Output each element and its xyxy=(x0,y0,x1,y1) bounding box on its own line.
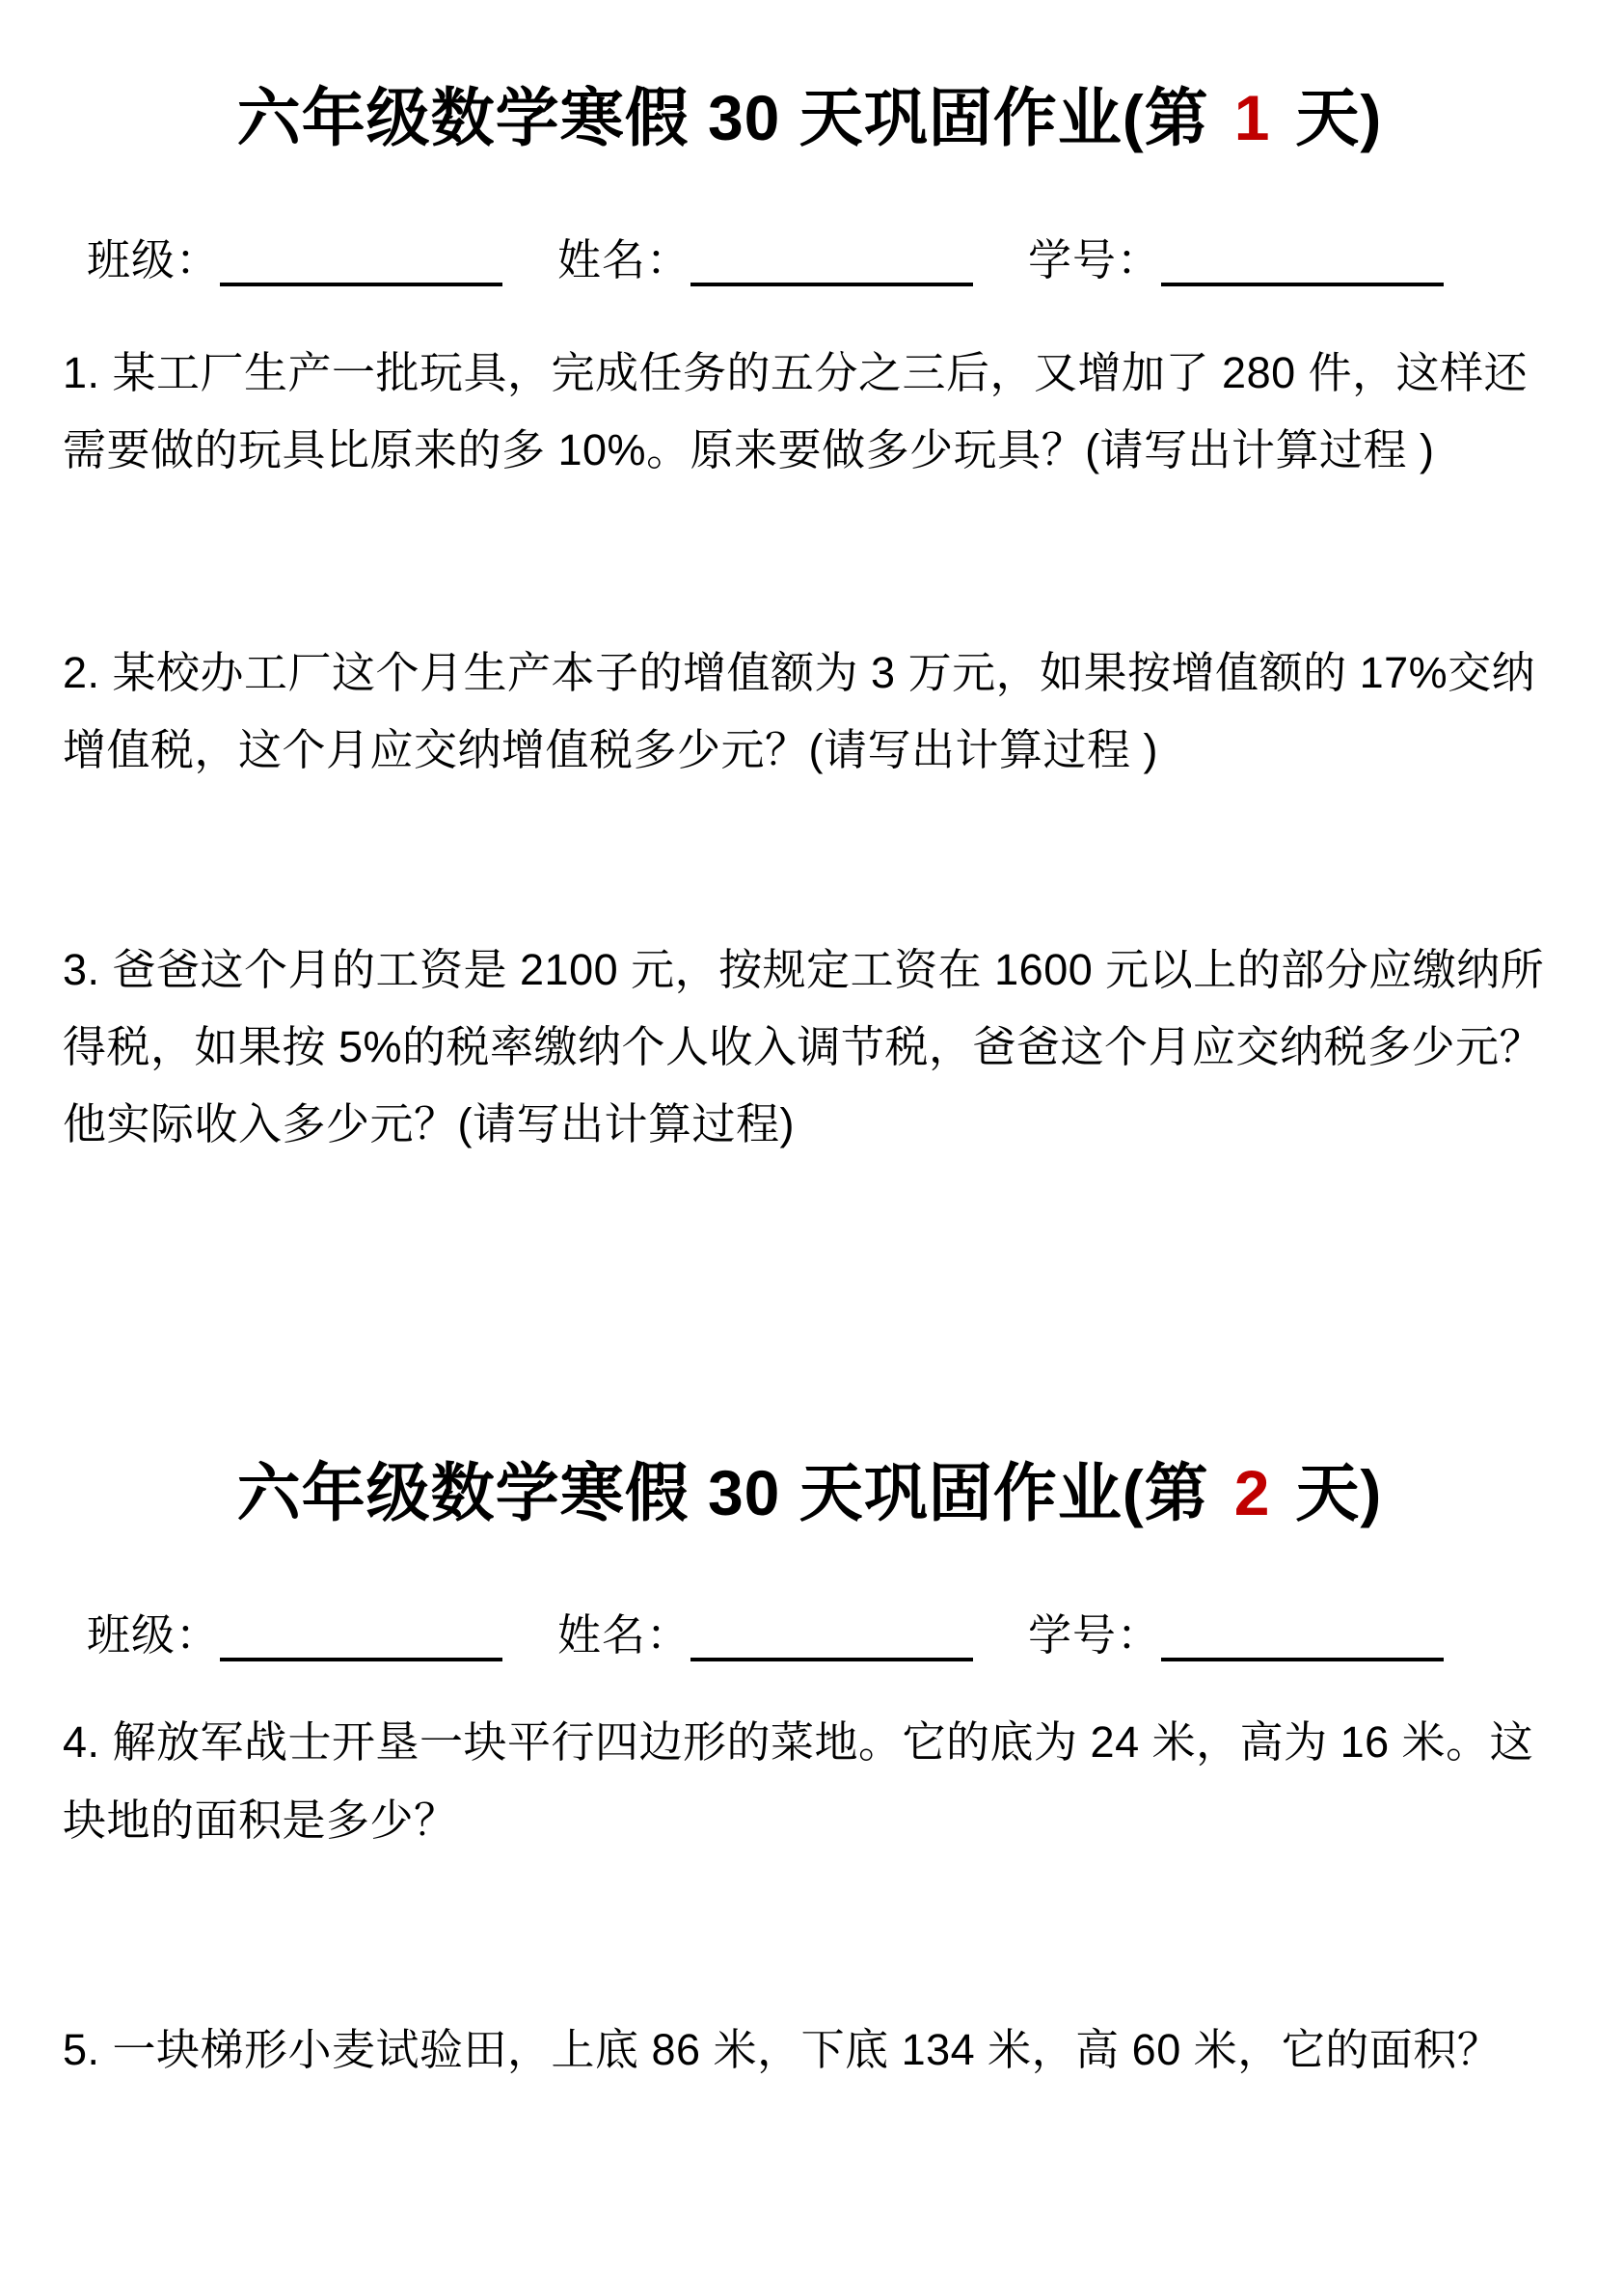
name-blank-line xyxy=(690,1614,973,1661)
title-suffix: 天) xyxy=(1295,82,1382,153)
class-label: 班级： xyxy=(87,1610,220,1660)
name-field: 姓名： xyxy=(557,1607,973,1664)
student-id-field: 学号： xyxy=(1028,232,1444,289)
question-4: 4. 解放军战士开垦一块平行四边形的菜地。它的底为 24 米，高为 16 米。这… xyxy=(63,1704,1556,1858)
question-2: 2. 某校办工厂这个月生产本子的增值额为 3 万元，如果按增值额的 17%交纳增… xyxy=(63,634,1556,789)
question-1: 1. 某工厂生产一批玩具，完成任务的五分之三后，又增加了 280 件，这样还需要… xyxy=(63,335,1556,489)
section-title-day-2: 六年级数学寒假 30 天巩固作业(第2天) xyxy=(63,1457,1556,1530)
title-prefix: 六年级数学寒假 30 天巩固作业(第 xyxy=(237,82,1209,153)
class-label: 班级： xyxy=(87,235,220,284)
student-id-blank-line xyxy=(1161,239,1444,286)
title-suffix: 天) xyxy=(1295,1457,1382,1528)
name-field: 姓名： xyxy=(557,232,973,289)
title-prefix: 六年级数学寒假 30 天巩固作业(第 xyxy=(237,1457,1209,1528)
section-title-day-1: 六年级数学寒假 30 天巩固作业(第1天) xyxy=(63,82,1556,155)
worksheet-day-1-section: 六年级数学寒假 30 天巩固作业(第1天) 班级： 姓名： 学号： 1. 某工厂… xyxy=(63,82,1556,1163)
name-label: 姓名： xyxy=(557,235,690,284)
class-field: 班级： xyxy=(87,232,502,289)
student-info-row: 班级： 姓名： 学号： xyxy=(63,232,1556,289)
class-field: 班级： xyxy=(87,1607,502,1664)
name-label: 姓名： xyxy=(557,1610,690,1660)
class-blank-line xyxy=(220,1614,502,1661)
name-blank-line xyxy=(690,239,973,286)
day-number: 1 xyxy=(1234,82,1271,153)
student-id-blank-line xyxy=(1161,1614,1444,1661)
student-id-label: 学号： xyxy=(1028,235,1161,284)
question-3: 3. 爸爸这个月的工资是 2100 元，按规定工资在 1600 元以上的部分应缴… xyxy=(63,931,1556,1163)
student-id-label: 学号： xyxy=(1028,1610,1161,1660)
student-id-field: 学号： xyxy=(1028,1607,1444,1664)
worksheet-page: 六年级数学寒假 30 天巩固作业(第1天) 班级： 姓名： 学号： 1. 某工厂… xyxy=(0,0,1624,2295)
day-number: 2 xyxy=(1234,1457,1271,1528)
class-blank-line xyxy=(220,239,502,286)
worksheet-day-2-section: 六年级数学寒假 30 天巩固作业(第2天) 班级： 姓名： 学号： 4. 解放军… xyxy=(63,1457,1556,2089)
question-5: 5. 一块梯形小麦试验田，上底 86 米，下底 134 米，高 60 米，它的面… xyxy=(63,2011,1556,2089)
student-info-row: 班级： 姓名： 学号： xyxy=(63,1607,1556,1664)
